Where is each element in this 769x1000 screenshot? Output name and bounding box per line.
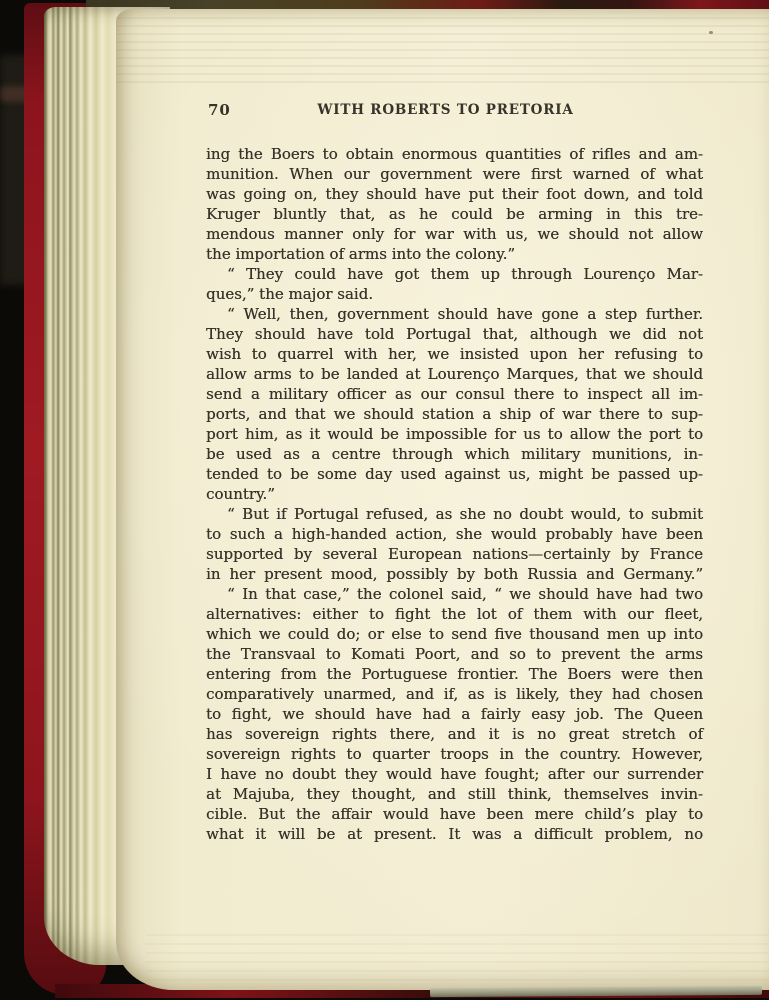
text-line: be used as a centre through which milita…	[206, 444, 703, 464]
page-header: 70 WITH ROBERTS TO PRETORIA	[206, 101, 703, 121]
text-line: comparatively unarmed, and if, as is lik…	[206, 684, 703, 704]
text-line: “ In that case,” the colonel said, “ we …	[206, 584, 703, 604]
paragraph: ing the Boers to obtain enormous quantit…	[206, 144, 703, 264]
text-line: mendous manner only for war with us, we …	[206, 224, 703, 244]
text-line: supported by several European nations—ce…	[206, 544, 703, 564]
text-line: port him, as it would be impossible for …	[206, 424, 703, 444]
text-line: Kruger bluntly that, as he could be armi…	[206, 204, 703, 224]
text-line: “ But if Portugal refused, as she no dou…	[206, 504, 703, 524]
text-line: which we could do; or else to send five …	[206, 624, 703, 644]
text-line: munition. When our government were first…	[206, 164, 703, 184]
scanned-book-photo: 70 WITH ROBERTS TO PRETORIA ing the Boer…	[0, 0, 769, 1000]
paragraph: “ But if Portugal refused, as she no dou…	[206, 504, 703, 584]
text-line: the importation of arms into the colony.…	[206, 244, 703, 264]
text-line: sovereign rights to quarter troops in th…	[206, 744, 703, 764]
text-line: at Majuba, they thought, and still think…	[206, 784, 703, 804]
text-line: ques,” the major said.	[206, 284, 703, 304]
text-line: entering from the Portuguese frontier. T…	[206, 664, 703, 684]
paragraph: “ Well, then, government should have gon…	[206, 304, 703, 504]
book-page: 70 WITH ROBERTS TO PRETORIA ing the Boer…	[116, 9, 769, 990]
text-line: ing the Boers to obtain enormous quantit…	[206, 144, 703, 164]
text-line: ports, and that we should station a ship…	[206, 404, 703, 424]
paper-speck	[709, 31, 713, 34]
text-line: “ They could have got them up through Lo…	[206, 264, 703, 284]
text-line: “ Well, then, government should have gon…	[206, 304, 703, 324]
text-line: has sovereign rights there, and it is no…	[206, 724, 703, 744]
text-line: tended to be some day used against us, m…	[206, 464, 703, 484]
paragraph: “ They could have got them up through Lo…	[206, 264, 703, 304]
text-line: allow arms to be landed at Lourenço Marq…	[206, 364, 703, 384]
text-line: They should have told Portugal that, alt…	[206, 324, 703, 344]
printed-area: 70 WITH ROBERTS TO PRETORIA ing the Boer…	[206, 101, 703, 844]
text-line: to fight, we should have had a fairly ea…	[206, 704, 703, 724]
text-line: I have no doubt they would have fought; …	[206, 764, 703, 784]
text-line: wish to quarrel with her, we insisted up…	[206, 344, 703, 364]
text-line: was going on, they should have put their…	[206, 184, 703, 204]
text-line: the Transvaal to Komati Poort, and so to…	[206, 644, 703, 664]
text-line: alternatives: either to fight the lot of…	[206, 604, 703, 624]
text-line: what it will be at present. It was a dif…	[206, 824, 703, 844]
paragraph: “ In that case,” the colonel said, “ we …	[206, 584, 703, 844]
text-line: country.”	[206, 484, 703, 504]
text-line: send a military officer as our consul th…	[206, 384, 703, 404]
text-line: to such a high-handed action, she would …	[206, 524, 703, 544]
text-line: cible. But the affair would have been me…	[206, 804, 703, 824]
running-title: WITH ROBERTS TO PRETORIA	[206, 102, 685, 118]
page-text: ing the Boers to obtain enormous quantit…	[206, 144, 703, 844]
text-line: in her present mood, possibly by both Ru…	[206, 564, 703, 584]
